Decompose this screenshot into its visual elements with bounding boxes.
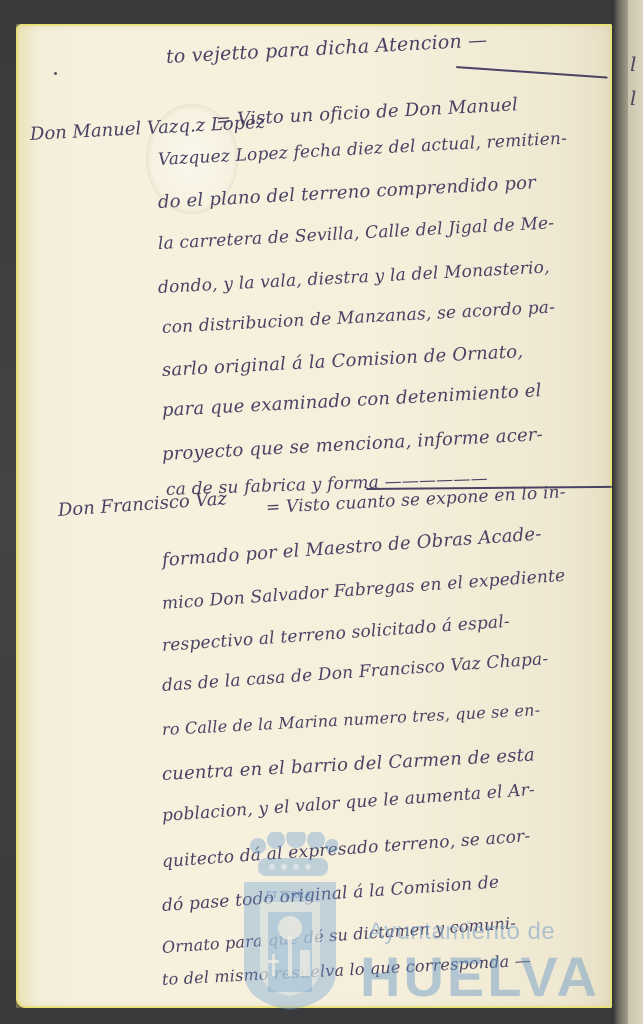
manuscript-page: Don Manuel Vazq.z Lopez Don Francisco Va… bbox=[16, 24, 612, 1008]
ink-speck bbox=[54, 72, 57, 75]
facing-page-edge: l l bbox=[628, 0, 643, 1024]
text-line: proyecto que se menciona, informe acer- bbox=[161, 424, 543, 465]
text-line: Ornato para que dé su dictamen y comuni- bbox=[161, 913, 516, 957]
book-spine-shadow bbox=[612, 0, 628, 1024]
text-line: quitecto dá al expresado terreno, se aco… bbox=[161, 826, 531, 872]
text-line: dó pase todo original á la Comision de bbox=[161, 872, 500, 916]
text-line: respectivo al terreno solicitado á espal… bbox=[161, 612, 510, 656]
text-line: cuentra en el barrio del Carmen de esta bbox=[161, 744, 535, 785]
text-line: sarlo original á la Comision de Ornato, bbox=[161, 341, 523, 381]
text-line: to vejetto para dicha Atencion — bbox=[165, 29, 487, 68]
text-line: formado por el Maestro de Obras Acade- bbox=[161, 523, 542, 570]
text-line: la carretera de Sevilla, Calle del Jigal… bbox=[157, 213, 554, 254]
text-line: to del mismo resuelva lo que corresponda… bbox=[162, 951, 532, 989]
facing-page-fragment: l bbox=[630, 52, 636, 76]
text-line: para que examinado con detenimiento el bbox=[161, 380, 542, 421]
text-line: mico Don Salvador Fabregas en el expedie… bbox=[161, 566, 566, 614]
text-line: = Visto un oficio de Don Manuel bbox=[215, 94, 518, 131]
line-flourish bbox=[456, 66, 608, 79]
facing-page-fragment: l bbox=[630, 86, 636, 110]
text-line: dondo, y la vala, diestra y la del Monas… bbox=[157, 257, 550, 297]
text-line: con distribucion de Manzanas, se acordo … bbox=[161, 297, 555, 338]
text-line: ro Calle de la Marina numero tres, que s… bbox=[162, 700, 541, 739]
text-line: das de la casa de Don Francisco Vaz Chap… bbox=[161, 649, 549, 696]
text-line: poblacion, y el valor que le aumenta el … bbox=[161, 780, 535, 826]
